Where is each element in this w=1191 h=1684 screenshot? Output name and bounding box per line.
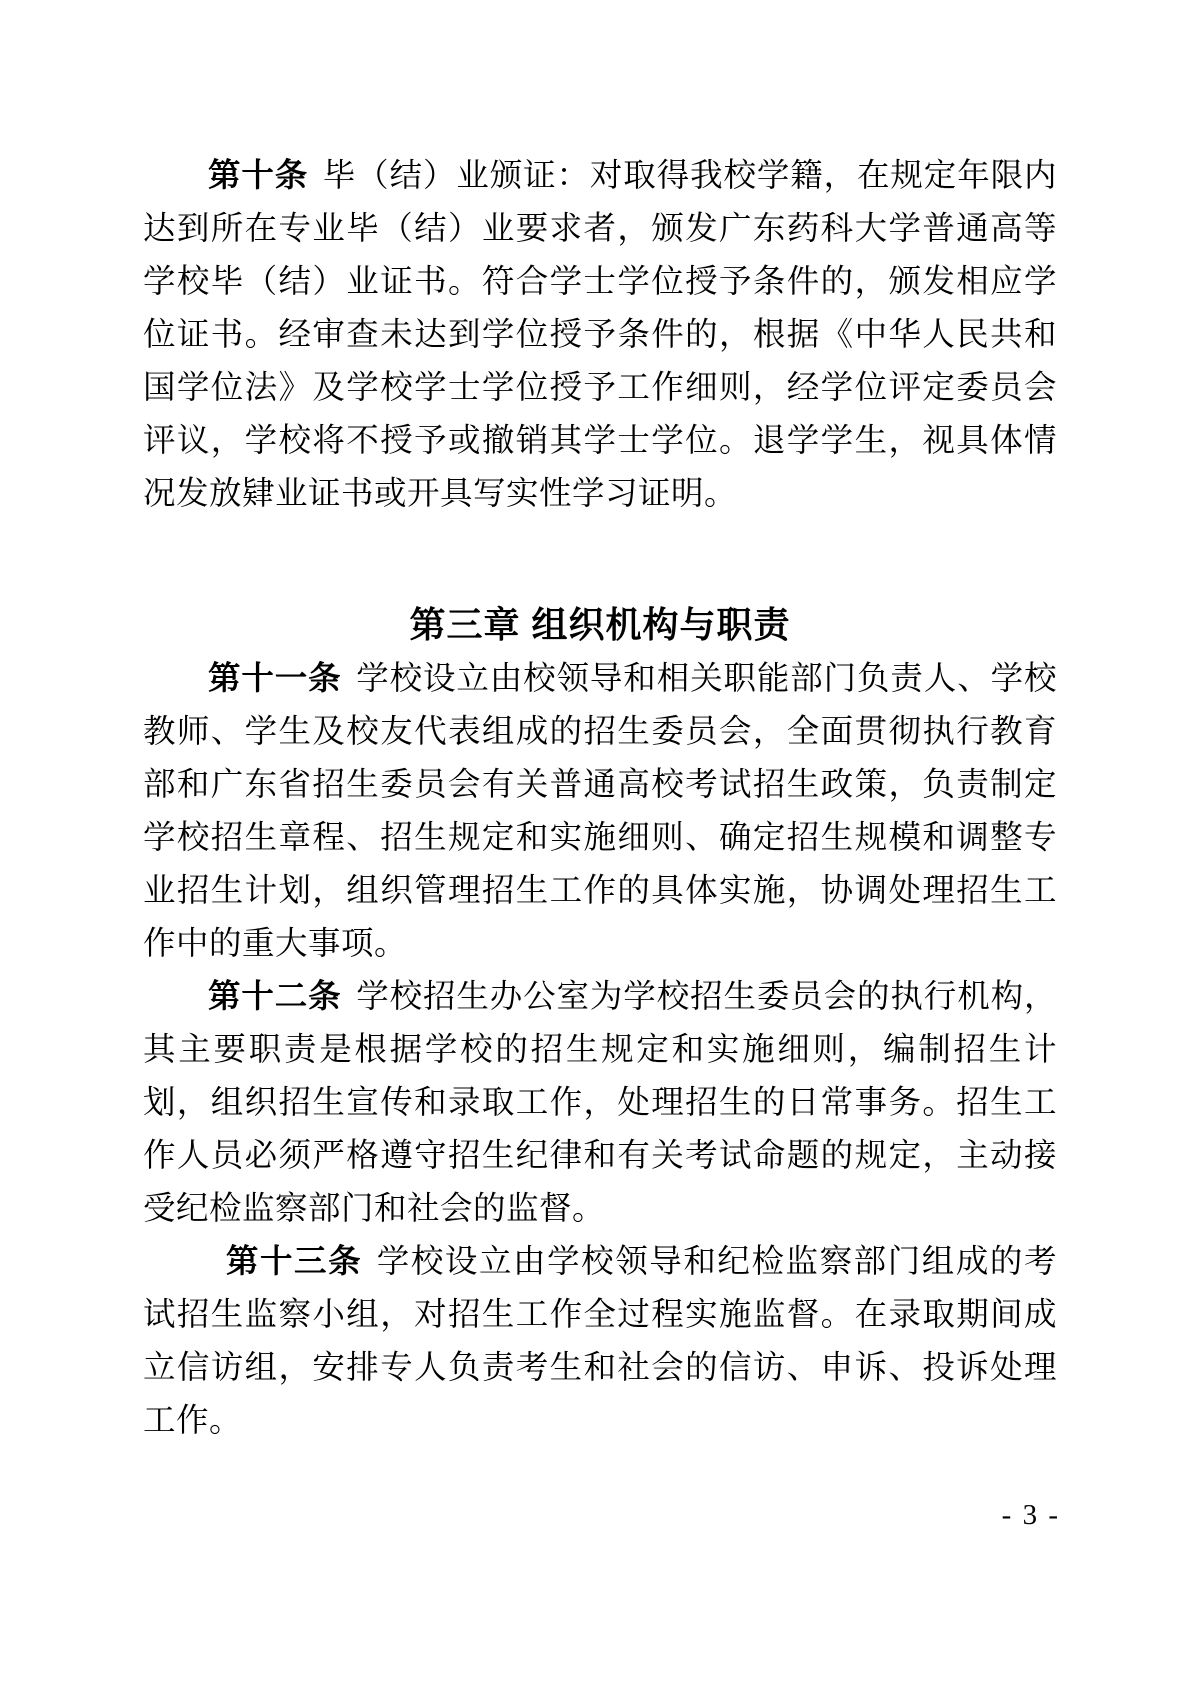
article-13-paragraph: 第十三条学校设立由学校领导和纪检监察部门组成的考试招生监察小组，对招生工作全过程… bbox=[143, 1236, 1057, 1448]
page-number: - 3 - bbox=[1002, 1496, 1060, 1534]
chapter-heading: 第三章 组织机构与职责 bbox=[143, 598, 1057, 651]
article-11-text: 学校设立由校领导和相关职能部门负责人、学校教师、学生及校友代表组成的招生委员会，… bbox=[143, 661, 1057, 962]
article-10-number: 第十条 bbox=[208, 158, 308, 194]
document-body: 第十条毕（结）业颁证：对取得我校学籍，在规定年限内达到所在专业毕（结）业要求者，… bbox=[143, 150, 1057, 1448]
article-12-paragraph: 第十二条学校招生办公室为学校招生委员会的执行机构，其主要职责是根据学校的招生规定… bbox=[143, 971, 1057, 1236]
article-12-text: 学校招生办公室为学校招生委员会的执行机构，其主要职责是根据学校的招生规定和实施细… bbox=[143, 979, 1057, 1227]
article-10-text: 毕（结）业颁证：对取得我校学籍，在规定年限内达到所在专业毕（结）业要求者，颁发广… bbox=[143, 158, 1057, 512]
article-10-paragraph: 第十条毕（结）业颁证：对取得我校学籍，在规定年限内达到所在专业毕（结）业要求者，… bbox=[143, 150, 1057, 521]
article-12-number: 第十二条 bbox=[208, 979, 342, 1015]
article-11-paragraph: 第十一条学校设立由校领导和相关职能部门负责人、学校教师、学生及校友代表组成的招生… bbox=[143, 653, 1057, 971]
article-11-number: 第十一条 bbox=[208, 661, 342, 697]
article-13-number: 第十三条 bbox=[226, 1244, 362, 1280]
document-page: 第十条毕（结）业颁证：对取得我校学籍，在规定年限内达到所在专业毕（结）业要求者，… bbox=[0, 0, 1191, 1684]
